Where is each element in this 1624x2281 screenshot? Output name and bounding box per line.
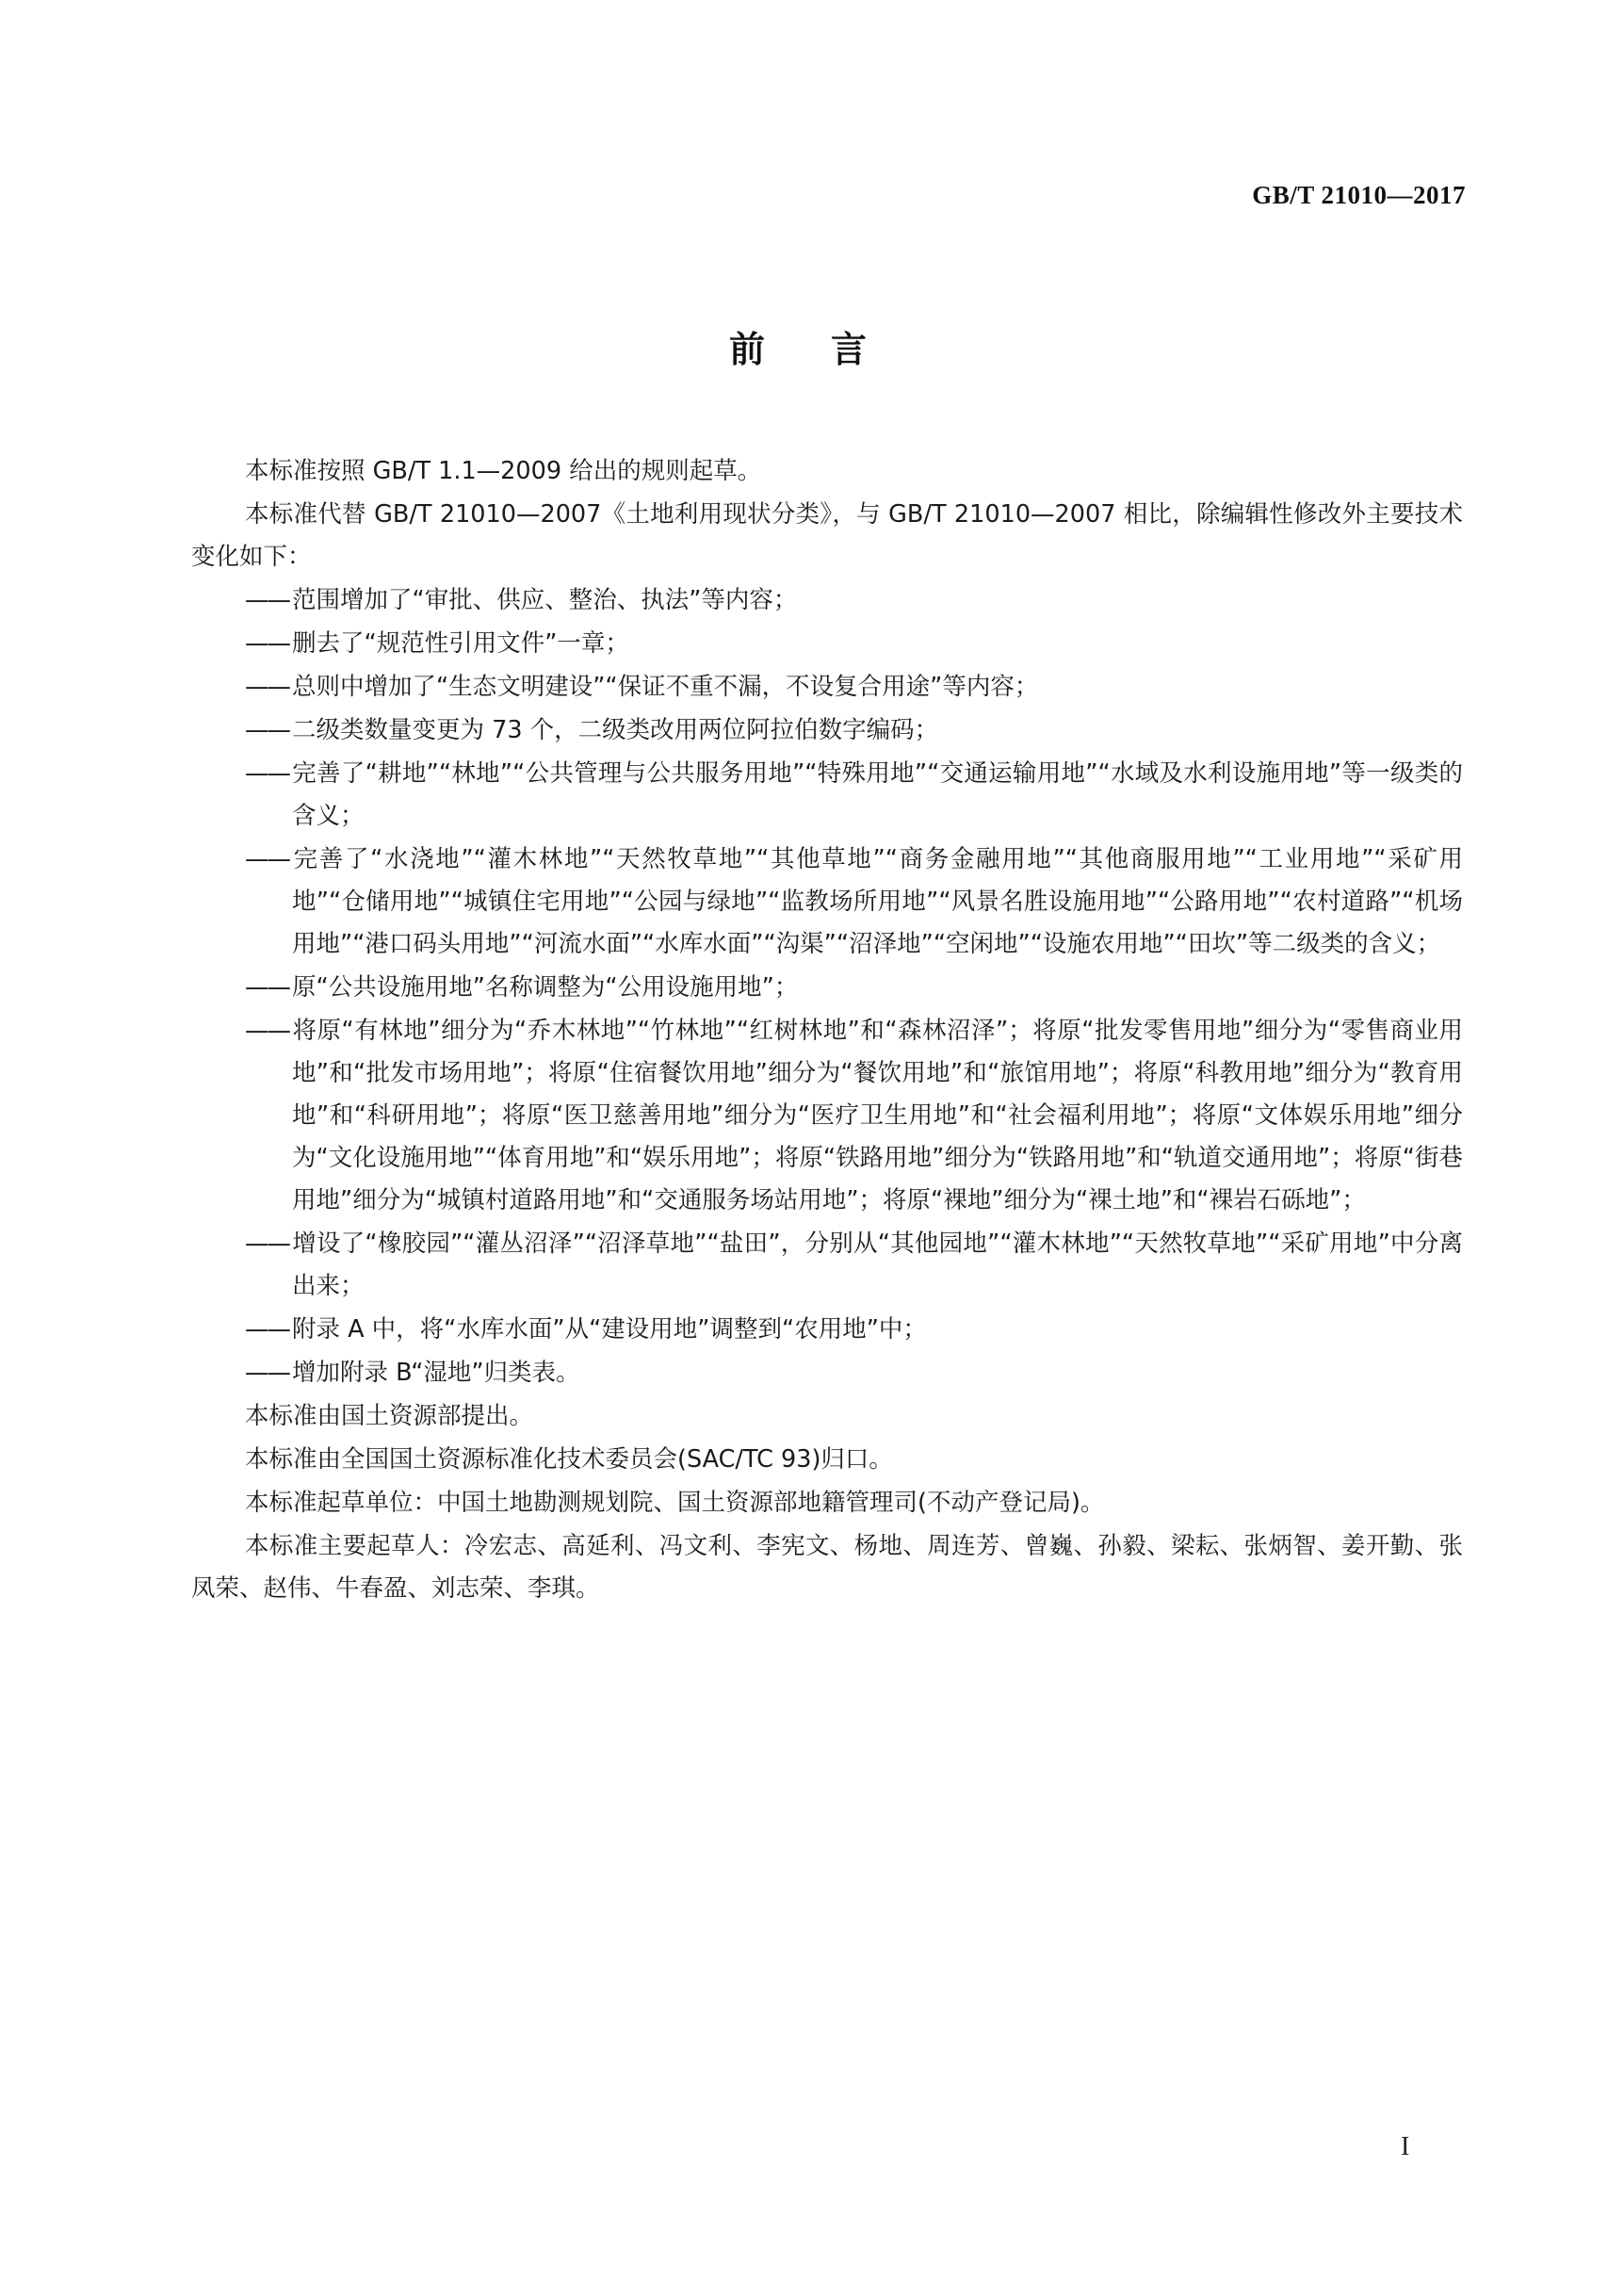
dash-marker: ——	[245, 709, 292, 752]
change-item: ——总则中增加了“生态文明建设”“保证不重不漏，不设复合用途”等内容；	[191, 666, 1463, 709]
dash-marker: ——	[245, 623, 292, 665]
dash-marker: ——	[245, 1010, 292, 1052]
page-title: 前言	[0, 320, 1624, 372]
replacement-paragraph: 本标准代替 GB/T 21010—2007《土地利用现状分类》，与 GB/T 2…	[191, 494, 1463, 578]
change-item: ——原“公共设施用地”名称调整为“公用设施用地”；	[191, 967, 1463, 1009]
change-item: ——将原“有林地”细分为“乔木林地”“竹林地”“红树林地”和“森林沼泽”；将原“…	[191, 1010, 1463, 1222]
proposer-paragraph: 本标准由国土资源部提出。	[191, 1395, 1463, 1438]
dash-marker: ——	[245, 1352, 292, 1394]
dash-marker: ——	[245, 1309, 292, 1351]
foreword-body: 本标准按照 GB/T 1.1—2009 给出的规则起草。 本标准代替 GB/T …	[191, 450, 1463, 1611]
technical-changes-list: ——范围增加了“审批、供应、整治、执法”等内容； ——删去了“规范性引用文件”一…	[191, 579, 1463, 1394]
change-item: ——完善了“水浇地”“灌木林地”“天然牧草地”“其他草地”“商务金融用地”“其他…	[191, 839, 1463, 966]
change-item: ——增设了“橡胶园”“灌丛沼泽”“沼泽草地”“盐田”，分别从“其他园地”“灌木林…	[191, 1223, 1463, 1308]
dash-marker: ——	[245, 753, 292, 795]
committee-paragraph: 本标准由全国国土资源标准化技术委员会(SAC/TC 93)归口。	[191, 1439, 1463, 1481]
document-page: GB/T 21010—2017 前言 本标准按照 GB/T 1.1—2009 给…	[0, 0, 1624, 2281]
drafting-units-paragraph: 本标准起草单位：中国土地勘测规划院、国土资源部地籍管理司(不动产登记局)。	[191, 1482, 1463, 1524]
dash-marker: ——	[245, 666, 292, 709]
dash-marker: ——	[245, 839, 292, 881]
standard-code-header: GB/T 21010—2017	[1252, 181, 1466, 210]
change-item: ——增加附录 B“湿地”归类表。	[191, 1352, 1463, 1394]
dash-marker: ——	[245, 579, 292, 622]
dash-marker: ——	[245, 967, 292, 1009]
page-number: I	[1401, 2132, 1409, 2162]
change-item: ——删去了“规范性引用文件”一章；	[191, 623, 1463, 665]
change-item: ——范围增加了“审批、供应、整治、执法”等内容；	[191, 579, 1463, 622]
change-item: ——完善了“耕地”“林地”“公共管理与公共服务用地”“特殊用地”“交通运输用地”…	[191, 753, 1463, 838]
drafters-paragraph: 本标准主要起草人：冷宏志、高延利、冯文利、李宪文、杨地、周连芳、曾巍、孙毅、梁耘…	[191, 1525, 1463, 1610]
drafting-rule-paragraph: 本标准按照 GB/T 1.1—2009 给出的规则起草。	[191, 450, 1463, 493]
change-item: ——附录 A 中，将“水库水面”从“建设用地”调整到“农用地”中；	[191, 1309, 1463, 1351]
change-item: ——二级类数量变更为 73 个，二级类改用两位阿拉伯数字编码；	[191, 709, 1463, 752]
dash-marker: ——	[245, 1223, 292, 1265]
